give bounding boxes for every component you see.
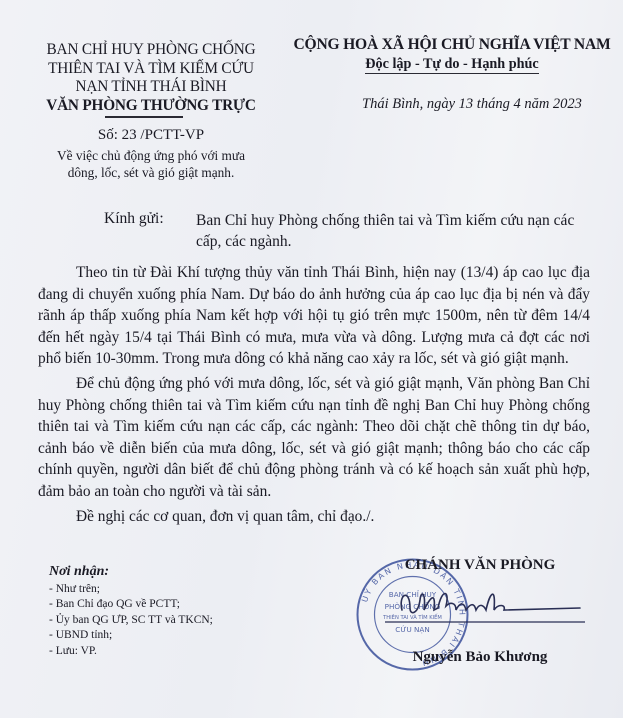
issuing-organization: BAN CHỈ HUY PHÒNG CHỐNG THIÊN TAI VÀ TÌM… [20,41,282,115]
motto-text: Độc lập - Tự do - Hạnh phúc [365,56,538,74]
signatory-name: Nguyễn Bảo Khương [395,649,565,666]
distribution-item: - Ủy ban QG ƯP, SC TT và TKCN; [49,613,213,629]
distribution-title: Nơi nhận: [49,564,213,580]
date-line: Thái Bình, ngày 13 tháng 4 năm 2023 [362,96,622,113]
document-subject: Về việc chủ động ứng phó với mưa dông, l… [20,148,282,181]
distribution-item: - Ban Chỉ đạo QG về PCTT; [49,597,213,613]
org-line-2: THIÊN TAI VÀ TÌM KIẾM CỨU [20,60,282,79]
signatory-title: CHÁNH VĂN PHÒNG [390,557,570,574]
body-paragraph: Để chủ động ứng phó với mưa dông, lốc, s… [38,373,590,503]
org-line-1: BAN CHỈ HUY PHÒNG CHỐNG [20,41,282,60]
distribution-list: Nơi nhận: - Như trên; - Ban Chỉ đạo QG v… [49,564,213,659]
distribution-item: - Lưu: VP. [49,644,213,660]
document-number: Số: 23 /PCTT-VP [20,127,282,144]
recipient-label: Kính gửi: [104,210,164,228]
org-underline-divider [105,116,183,118]
subject-line-1: Về việc chủ động ứng phó với mưa [20,148,282,165]
national-title: CỘNG HOÀ XÃ HỘI CHỦ NGHĨA VIỆT NAM [282,36,622,54]
distribution-item: - UBND tỉnh; [49,628,213,644]
org-line-3: NẠN TỈNH THÁI BÌNH [20,78,282,97]
recipient-text: Ban Chỉ huy Phòng chống thiên tai và Tìm… [196,210,596,252]
document-page: BAN CHỈ HUY PHÒNG CHỐNG THIÊN TAI VÀ TÌM… [0,0,623,718]
subject-line-2: dông, lốc, sét và gió giật mạnh. [20,165,282,182]
body-paragraph: Theo tin từ Đài Khí tượng thủy văn tỉnh … [38,262,590,370]
body-paragraph: Đề nghị các cơ quan, đơn vị quan tâm, ch… [38,506,590,528]
handwritten-signature [380,580,600,630]
national-motto: Độc lập - Tự do - Hạnh phúc [282,56,622,73]
document-body: Theo tin từ Đài Khí tượng thủy văn tỉnh … [38,262,590,527]
distribution-item: - Như trên; [49,582,213,598]
office-name: VĂN PHÒNG THƯỜNG TRỰC [20,97,282,116]
